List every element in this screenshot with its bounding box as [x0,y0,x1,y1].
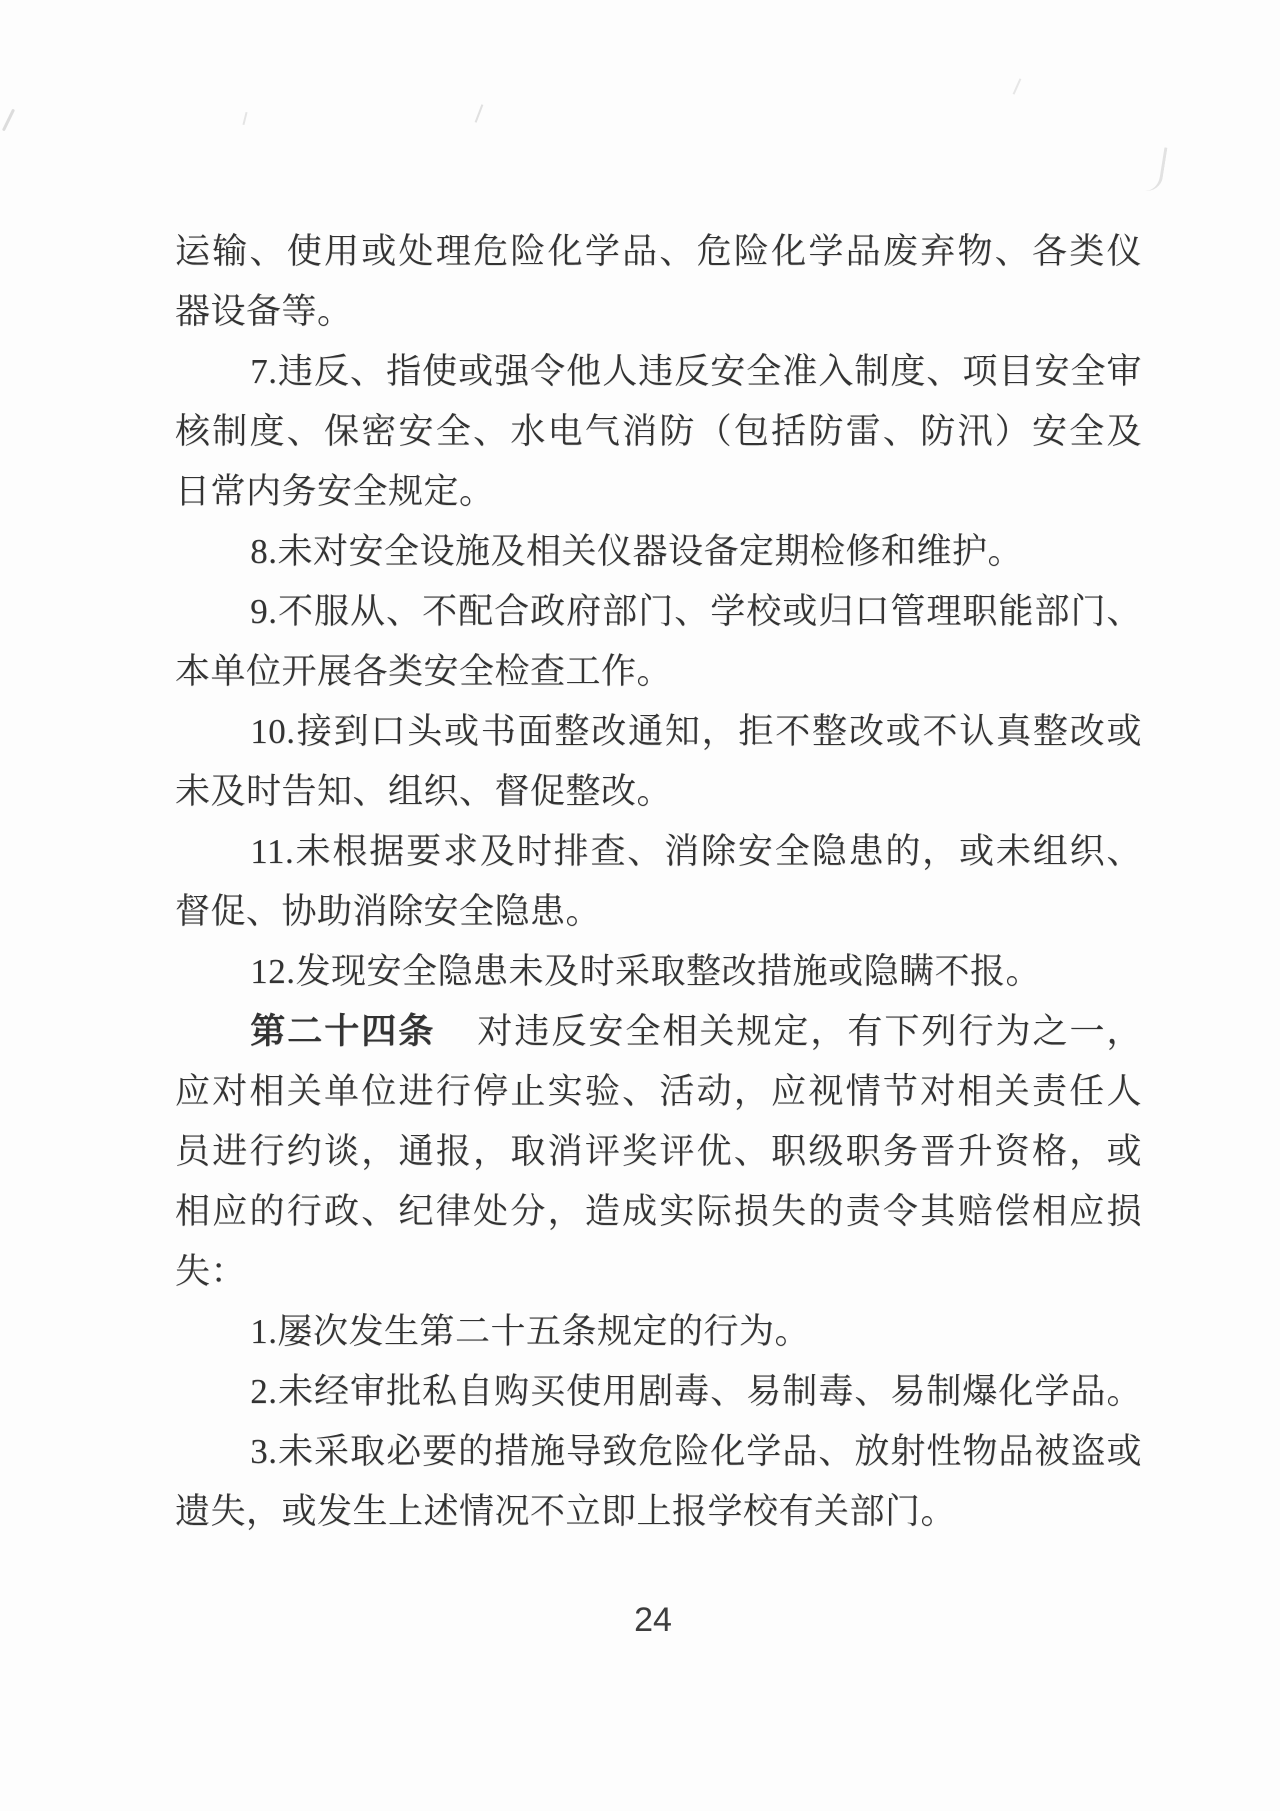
paragraph-line: 督促、协助消除安全隐患。 [175,882,1142,942]
list-item-1-line: 1.屡次发生第二十五条规定的行为。 [175,1302,1142,1362]
page-number: 24 [13,1598,1280,1642]
paragraph-line: 员进行约谈，通报，取消评奖评优、职级职务晋升资格，或 [175,1122,1142,1182]
paragraph-line: 遗失，或发生上述情况不立即上报学校有关部门。 [175,1482,1142,1542]
clause-number: 第二十四条 [250,1012,477,1051]
paragraph-line: 运输、使用或处理危险化学品、危险化学品废弃物、各类仪 [175,222,1142,282]
list-item-9-line: 9.不服从、不配合政府部门、学校或归口管理职能部门、 [175,582,1142,642]
scan-artifact [475,104,484,122]
paragraph-line: 失： [175,1242,1142,1302]
paragraph-line: 本单位开展各类安全检查工作。 [175,642,1142,702]
list-item-8-line: 8.未对安全设施及相关仪器设备定期检修和维护。 [175,522,1142,582]
list-item-3-line: 3.未采取必要的措施导致危险化学品、放射性物品被盗或 [175,1422,1142,1482]
list-item-2-line: 2.未经审批私自购买使用剧毒、易制毒、易制爆化学品。 [175,1362,1142,1422]
scan-artifact [1143,145,1168,193]
clause-line: 第二十四条对违反安全相关规定，有下列行为之一， [175,1002,1142,1062]
list-item-12-line: 12.发现安全隐患未及时采取整改措施或隐瞒不报。 [175,942,1142,1002]
list-item-7-line: 7.违反、指使或强令他人违反安全准入制度、项目安全审 [175,342,1142,402]
scan-artifact [2,109,15,132]
paragraph-line: 日常内务安全规定。 [175,462,1142,522]
paragraph-line: 未及时告知、组织、督促整改。 [175,762,1142,822]
list-item-11-line: 11.未根据要求及时排查、消除安全隐患的，或未组织、 [175,822,1142,882]
clause-text: 对违反安全相关规定，有下列行为之一， [477,1012,1142,1051]
document-page: 运输、使用或处理危险化学品、危险化学品废弃物、各类仪 器设备等。 7.违反、指使… [0,0,1280,1811]
paragraph-line: 核制度、保密安全、水电气消防（包括防雷、防汛）安全及 [175,402,1142,462]
paragraph-line: 相应的行政、纪律处分，造成实际损失的责令其赔偿相应损 [175,1182,1142,1242]
document-body: 运输、使用或处理危险化学品、危险化学品废弃物、各类仪 器设备等。 7.违反、指使… [175,222,1142,1542]
scan-artifact [1013,78,1022,94]
scan-artifact [242,112,247,125]
list-item-10-line: 10.接到口头或书面整改通知，拒不整改或不认真整改或 [175,702,1142,762]
paragraph-line: 应对相关单位进行停止实验、活动，应视情节对相关责任人 [175,1062,1142,1122]
paragraph-line: 器设备等。 [175,282,1142,342]
